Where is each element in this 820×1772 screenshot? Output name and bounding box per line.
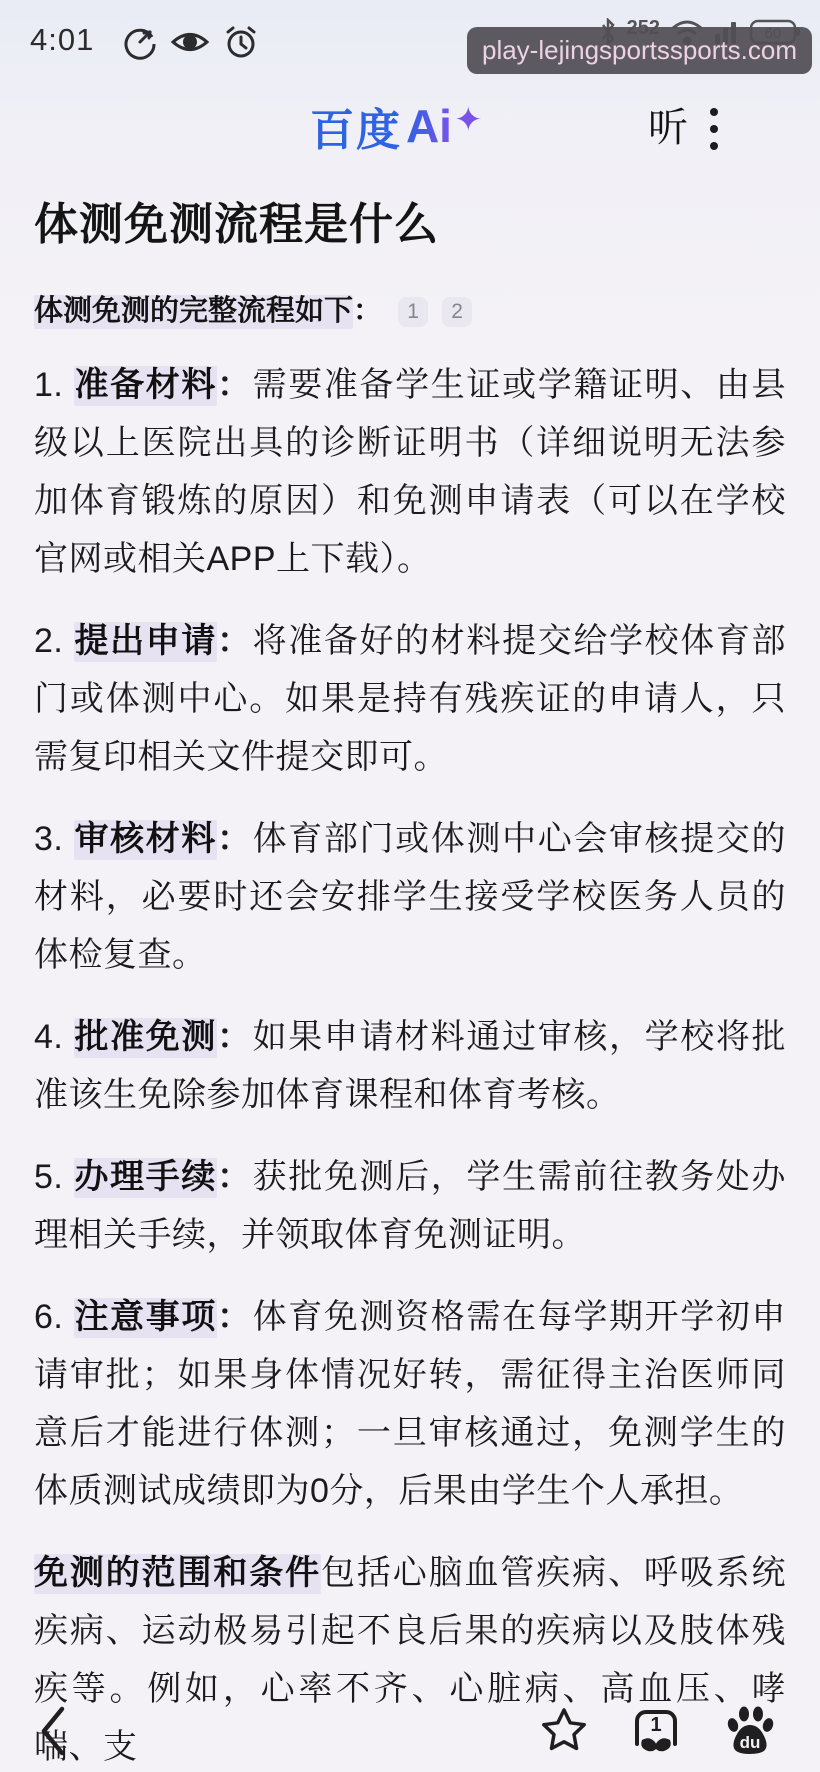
answer-content: 体测免测流程是什么 体测免测的完整流程如下：12 1. 准备材料：需要准备学生证…	[0, 168, 820, 1772]
step-term: 批准免测	[74, 1018, 217, 1056]
step-term: 注意事项	[74, 1298, 217, 1336]
step-term: 准备材料	[74, 366, 217, 404]
intro-line: 体测免测的完整流程如下：12	[34, 290, 786, 332]
step-number: 1.	[34, 366, 74, 404]
step-colon: ：	[217, 820, 253, 858]
intro-colon: ：	[353, 295, 382, 327]
eye-comfort-icon	[170, 24, 210, 60]
step-term: 办理手续	[74, 1158, 217, 1196]
status-bar: 4:01	[0, 0, 820, 80]
bottom-nav: 1 du	[0, 1690, 820, 1772]
citation-badge[interactable]: 2	[442, 297, 472, 327]
intro-bold: 体测免测的完整流程如下	[34, 295, 353, 327]
citation-badges: 12	[398, 297, 472, 327]
step-paragraph: 6. 注意事项：体育免测资格需在每学期开学初申请审批；如果身体情况好转，需征得主…	[34, 1288, 786, 1520]
status-left-icons	[122, 24, 260, 60]
back-chevron-icon	[36, 1703, 70, 1759]
listen-button[interactable]: 听	[648, 96, 688, 153]
status-time: 4:01	[30, 22, 94, 58]
step-number: 4.	[34, 1018, 74, 1056]
scope-term: 免测的范围和条件	[34, 1554, 321, 1592]
step-term: 审核材料	[74, 820, 217, 858]
baidu-paw-icon: du	[722, 1703, 778, 1759]
phone-screen: 4:01	[0, 0, 820, 1772]
app-header: 百度Ai✦ 听	[0, 80, 820, 168]
tabs-button[interactable]: 1	[628, 1704, 684, 1758]
tab-switcher-icon: 1	[628, 1704, 684, 1758]
watermark-overlay: play-lejingsportssports.com	[467, 27, 812, 74]
favorite-button[interactable]	[538, 1705, 590, 1757]
back-button[interactable]	[36, 1703, 70, 1759]
step-paragraph: 4. 批准免测：如果申请材料通过审核，学校将批准该生免除参加体育课程和体育考核。	[34, 1008, 786, 1124]
page-title: 体测免测流程是什么	[34, 194, 786, 256]
step-number: 3.	[34, 820, 74, 858]
alarm-icon	[222, 24, 260, 60]
step-paragraph: 1. 准备材料：需要准备学生证或学籍证明、由县级以上医院出具的诊断证明书（详细说…	[34, 356, 786, 588]
logo-text-cn: 百度	[310, 94, 402, 158]
step-number: 2.	[34, 622, 74, 660]
step-colon: ：	[217, 1018, 253, 1056]
sparkle-icon: ✦	[454, 100, 483, 140]
step-colon: ：	[217, 622, 253, 660]
data-saver-icon	[122, 24, 158, 60]
logo-text-ai: Ai	[406, 99, 452, 153]
step-paragraph: 5. 办理手续：获批免测后，学生需前往教务处办理相关手续，并领取体育免测证明。	[34, 1148, 786, 1264]
step-paragraph: 3. 审核材料：体育部门或体测中心会审核提交的材料，必要时还会安排学生接受学校医…	[34, 810, 786, 984]
steps-list: 1. 准备材料：需要准备学生证或学籍证明、由县级以上医院出具的诊断证明书（详细说…	[34, 356, 786, 1520]
step-colon: ：	[217, 366, 253, 404]
step-colon: ：	[217, 1158, 253, 1196]
citation-badge[interactable]: 1	[398, 297, 428, 327]
baidu-ai-logo[interactable]: 百度Ai✦	[310, 94, 483, 158]
baidu-home-button[interactable]: du	[722, 1703, 778, 1759]
svg-text:1: 1	[650, 1714, 661, 1736]
star-icon	[538, 1705, 590, 1757]
step-paragraph: 2. 提出申请：将准备好的材料提交给学校体育部门或体测中心。如果是持有残疾证的申…	[34, 612, 786, 786]
step-number: 6.	[34, 1298, 74, 1336]
step-number: 5.	[34, 1158, 74, 1196]
step-term: 提出申请	[74, 622, 217, 660]
more-menu-button[interactable]	[706, 104, 716, 154]
svg-text:du: du	[740, 1733, 761, 1752]
step-colon: ：	[217, 1298, 253, 1336]
